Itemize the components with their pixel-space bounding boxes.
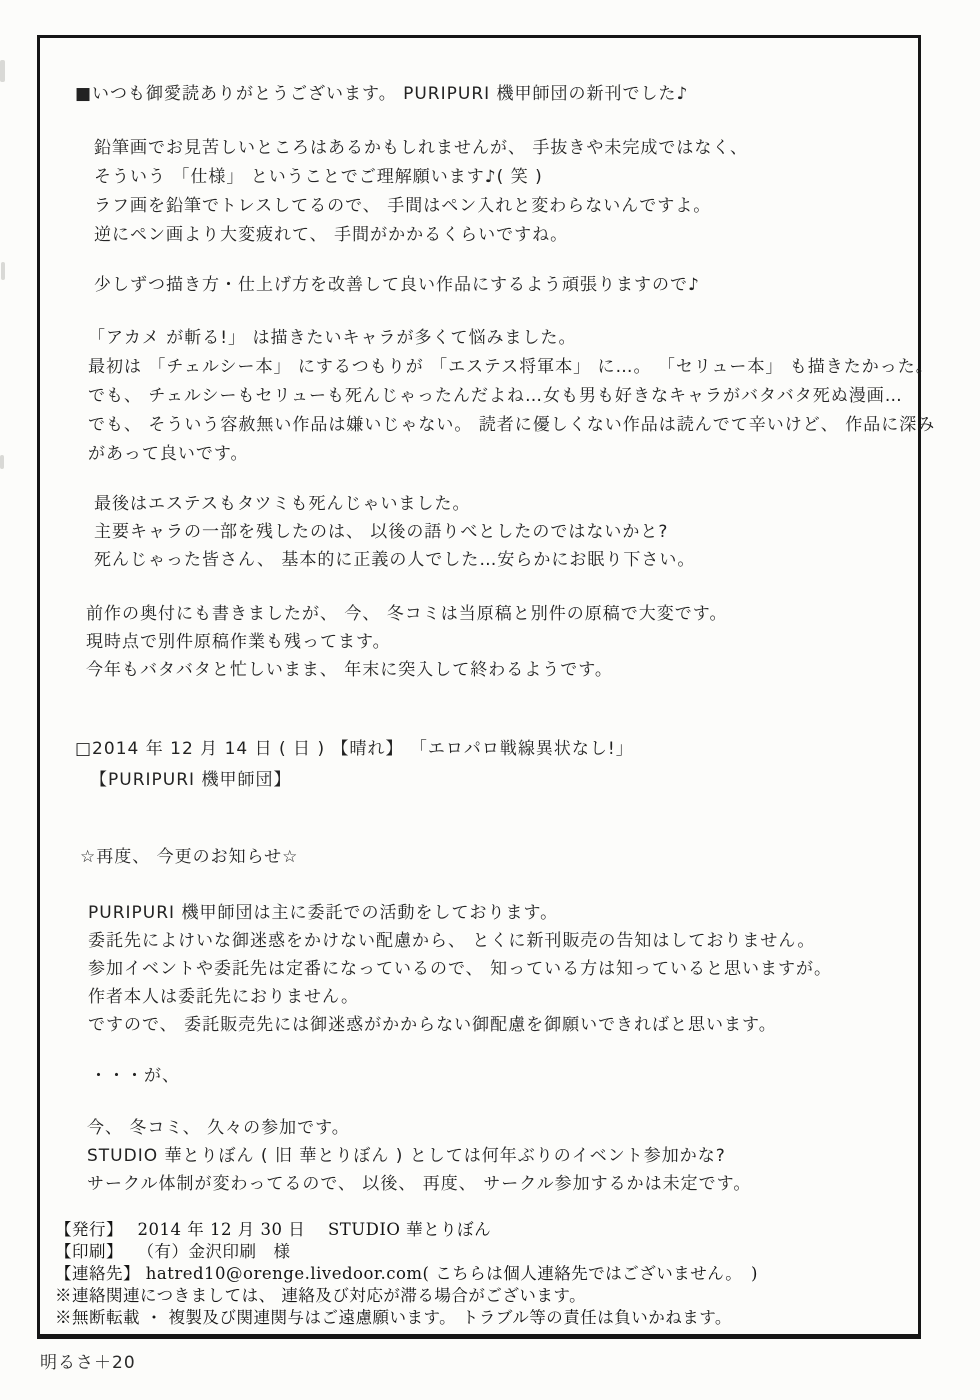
paragraph-line: ですので、 委託販売先には御迷惑がかからない御配慮を御願いできればと思います。 — [88, 1011, 832, 1039]
paragraph-line: 現時点で別件原稿作業も残ってます。 — [86, 628, 727, 656]
paragraph-line: 今年もバタバタと忙しいまま、 年末に突入して終わるようです。 — [86, 656, 727, 684]
announcement-heading: ☆再度、 今更のお知らせ☆ — [80, 843, 298, 871]
colophon-publish: 【発行】 2014 年 12 月 30 日 STUDIO 華とりぼん — [55, 1219, 758, 1241]
paragraph-line: 死んじゃった皆さん、 基本的に正義の人でした…安らかにお眠り下さい。 — [94, 546, 695, 574]
greeting-paragraph: ■いつも御愛読ありがとうございます。 PURIPURI 機甲師団の新刊でした♪ — [75, 80, 688, 108]
scan-artifact — [0, 60, 5, 82]
paragraph-line: があって良いです。 — [88, 440, 935, 469]
paragraph-line: 前作の奥付にも書きましたが、 今、 冬コミは当原稿と別件の原稿で大変です。 — [86, 600, 727, 628]
circle-name-line: 【PURIPURI 機甲師団】 — [75, 765, 634, 796]
winter-comiket-paragraph: 今、 冬コミ、 久々の参加です。 STUDIO 華とりぼん ( 旧 華とりぼん … — [87, 1114, 751, 1198]
brightness-note: 明るさ＋20 — [40, 1348, 136, 1373]
paragraph-line: サークル体制が変わってるので、 以後、 再度、 サークル参加するかは未定です。 — [87, 1170, 751, 1198]
paragraph-line: 委託先によけいな御迷惑をかけない配慮から、 とくに新刊販売の告知はしておりません… — [88, 927, 832, 955]
paragraph-line: 鉛筆画でお見苦しいところはあるかもしれませんが、 手抜きや未完成ではなく、 — [94, 134, 748, 163]
colophon: 【発行】 2014 年 12 月 30 日 STUDIO 華とりぼん 【印刷】 … — [55, 1219, 758, 1329]
deadline-paragraph: 前作の奥付にも書きましたが、 今、 冬コミは当原稿と別件の原稿で大変です。 現時… — [86, 600, 727, 684]
scan-artifact — [1, 262, 5, 280]
paragraph-line: ラフ画を鉛筆でトレスしてるので、 手間はペン入れと変わらないんですよ。 — [94, 192, 748, 221]
paragraph-line: 作者本人は委託先におりません。 — [88, 983, 832, 1011]
improvement-paragraph: 少しずつ描き方・仕上げ方を改善して良い作品にするよう頑張りますので♪ — [94, 271, 700, 299]
heading-line: ☆再度、 今更のお知らせ☆ — [80, 843, 298, 871]
paragraph-line: PURIPURI 機甲師団は主に委託での活動をしております。 — [88, 899, 832, 927]
interjection-paragraph: ・・・が、 — [90, 1062, 180, 1090]
consignment-paragraph: PURIPURI 機甲師団は主に委託での活動をしております。 委託先によけいな御… — [88, 899, 832, 1039]
paragraph-line: でも、 そういう容赦無い作品は嫌いじゃない。 読者に優しくない作品は読んでて辛い… — [88, 411, 935, 440]
paragraph-line: 主要キャラの一部を残したのは、 以後の語りべとしたのではないかと? — [94, 518, 695, 546]
akame-paragraph: 「アカメ が斬る!」 は描きたいキャラが多くて悩みました。 最初は 「チェルシー… — [88, 324, 935, 469]
finale-paragraph: 最後はエステスもタツミも死んじゃいました。 主要キャラの一部を残したのは、 以後… — [94, 490, 695, 574]
colophon-notice-contact: ※連絡関連につきましては、 連絡及び対応が滞る場合がございます。 — [55, 1285, 758, 1307]
scan-artifact — [0, 455, 4, 469]
paragraph-line: 最後はエステスもタツミも死んじゃいました。 — [94, 490, 695, 518]
scanned-afterword-page: ■いつも御愛読ありがとうございます。 PURIPURI 機甲師団の新刊でした♪ … — [0, 0, 980, 1400]
paragraph-line: 参加イベントや委託先は定番になっているので、 知っている方は知っていると思います… — [88, 955, 832, 983]
colophon-contact: 【連絡先】 hatred10@orenge.livedoor.com( こちらは… — [55, 1263, 758, 1285]
paragraph-line: STUDIO 華とりぼん ( 旧 華とりぼん ) としては何年ぶりのイベント参加… — [87, 1142, 751, 1170]
pencil-paragraph: 鉛筆画でお見苦しいところはあるかもしれませんが、 手抜きや未完成ではなく、 そう… — [94, 134, 748, 250]
paragraph-line: 逆にペン画より大変疲れて、 手間がかかるくらいですね。 — [94, 221, 748, 250]
paragraph-line: 「アカメ が斬る!」 は描きたいキャラが多くて悩みました。 — [88, 324, 935, 353]
colophon-print: 【印刷】 （有）金沢印刷 様 — [55, 1241, 758, 1263]
event-date-line: □2014 年 12 月 14 日 ( 日 ) 【晴れ】 「エロパロ戦線異状なし… — [75, 734, 634, 765]
event-date-note: □2014 年 12 月 14 日 ( 日 ) 【晴れ】 「エロパロ戦線異状なし… — [75, 734, 634, 796]
paragraph-line: 今、 冬コミ、 久々の参加です。 — [87, 1114, 751, 1142]
paragraph-line: 少しずつ描き方・仕上げ方を改善して良い作品にするよう頑張りますので♪ — [94, 271, 700, 299]
paragraph-line: ・・・が、 — [90, 1062, 180, 1090]
colophon-notice-reprint: ※無断転載 ・ 複製及び関連関与はご遠慮願います。 トラブル等の責任は負いかねま… — [55, 1307, 758, 1329]
paragraph-line: 最初は 「チェルシー本」 にするつもりが 「エステス将軍本」 に…。 「セリュー… — [88, 353, 935, 382]
paragraph-line: そういう 「仕様」 ということでご理解願います♪( 笑 ) — [94, 163, 748, 192]
greeting-line: ■いつも御愛読ありがとうございます。 PURIPURI 機甲師団の新刊でした♪ — [75, 80, 688, 108]
paragraph-line: でも、 チェルシーもセリューも死んじゃったんだよね…女も男も好きなキャラがバタバ… — [88, 382, 935, 411]
